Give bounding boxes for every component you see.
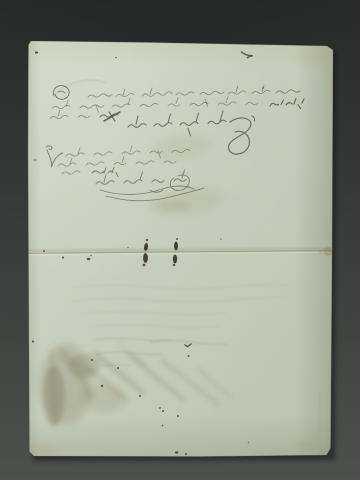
photo-canvas — [0, 0, 360, 480]
paper-grain — [28, 40, 334, 458]
screenshot-root — [0, 0, 360, 480]
